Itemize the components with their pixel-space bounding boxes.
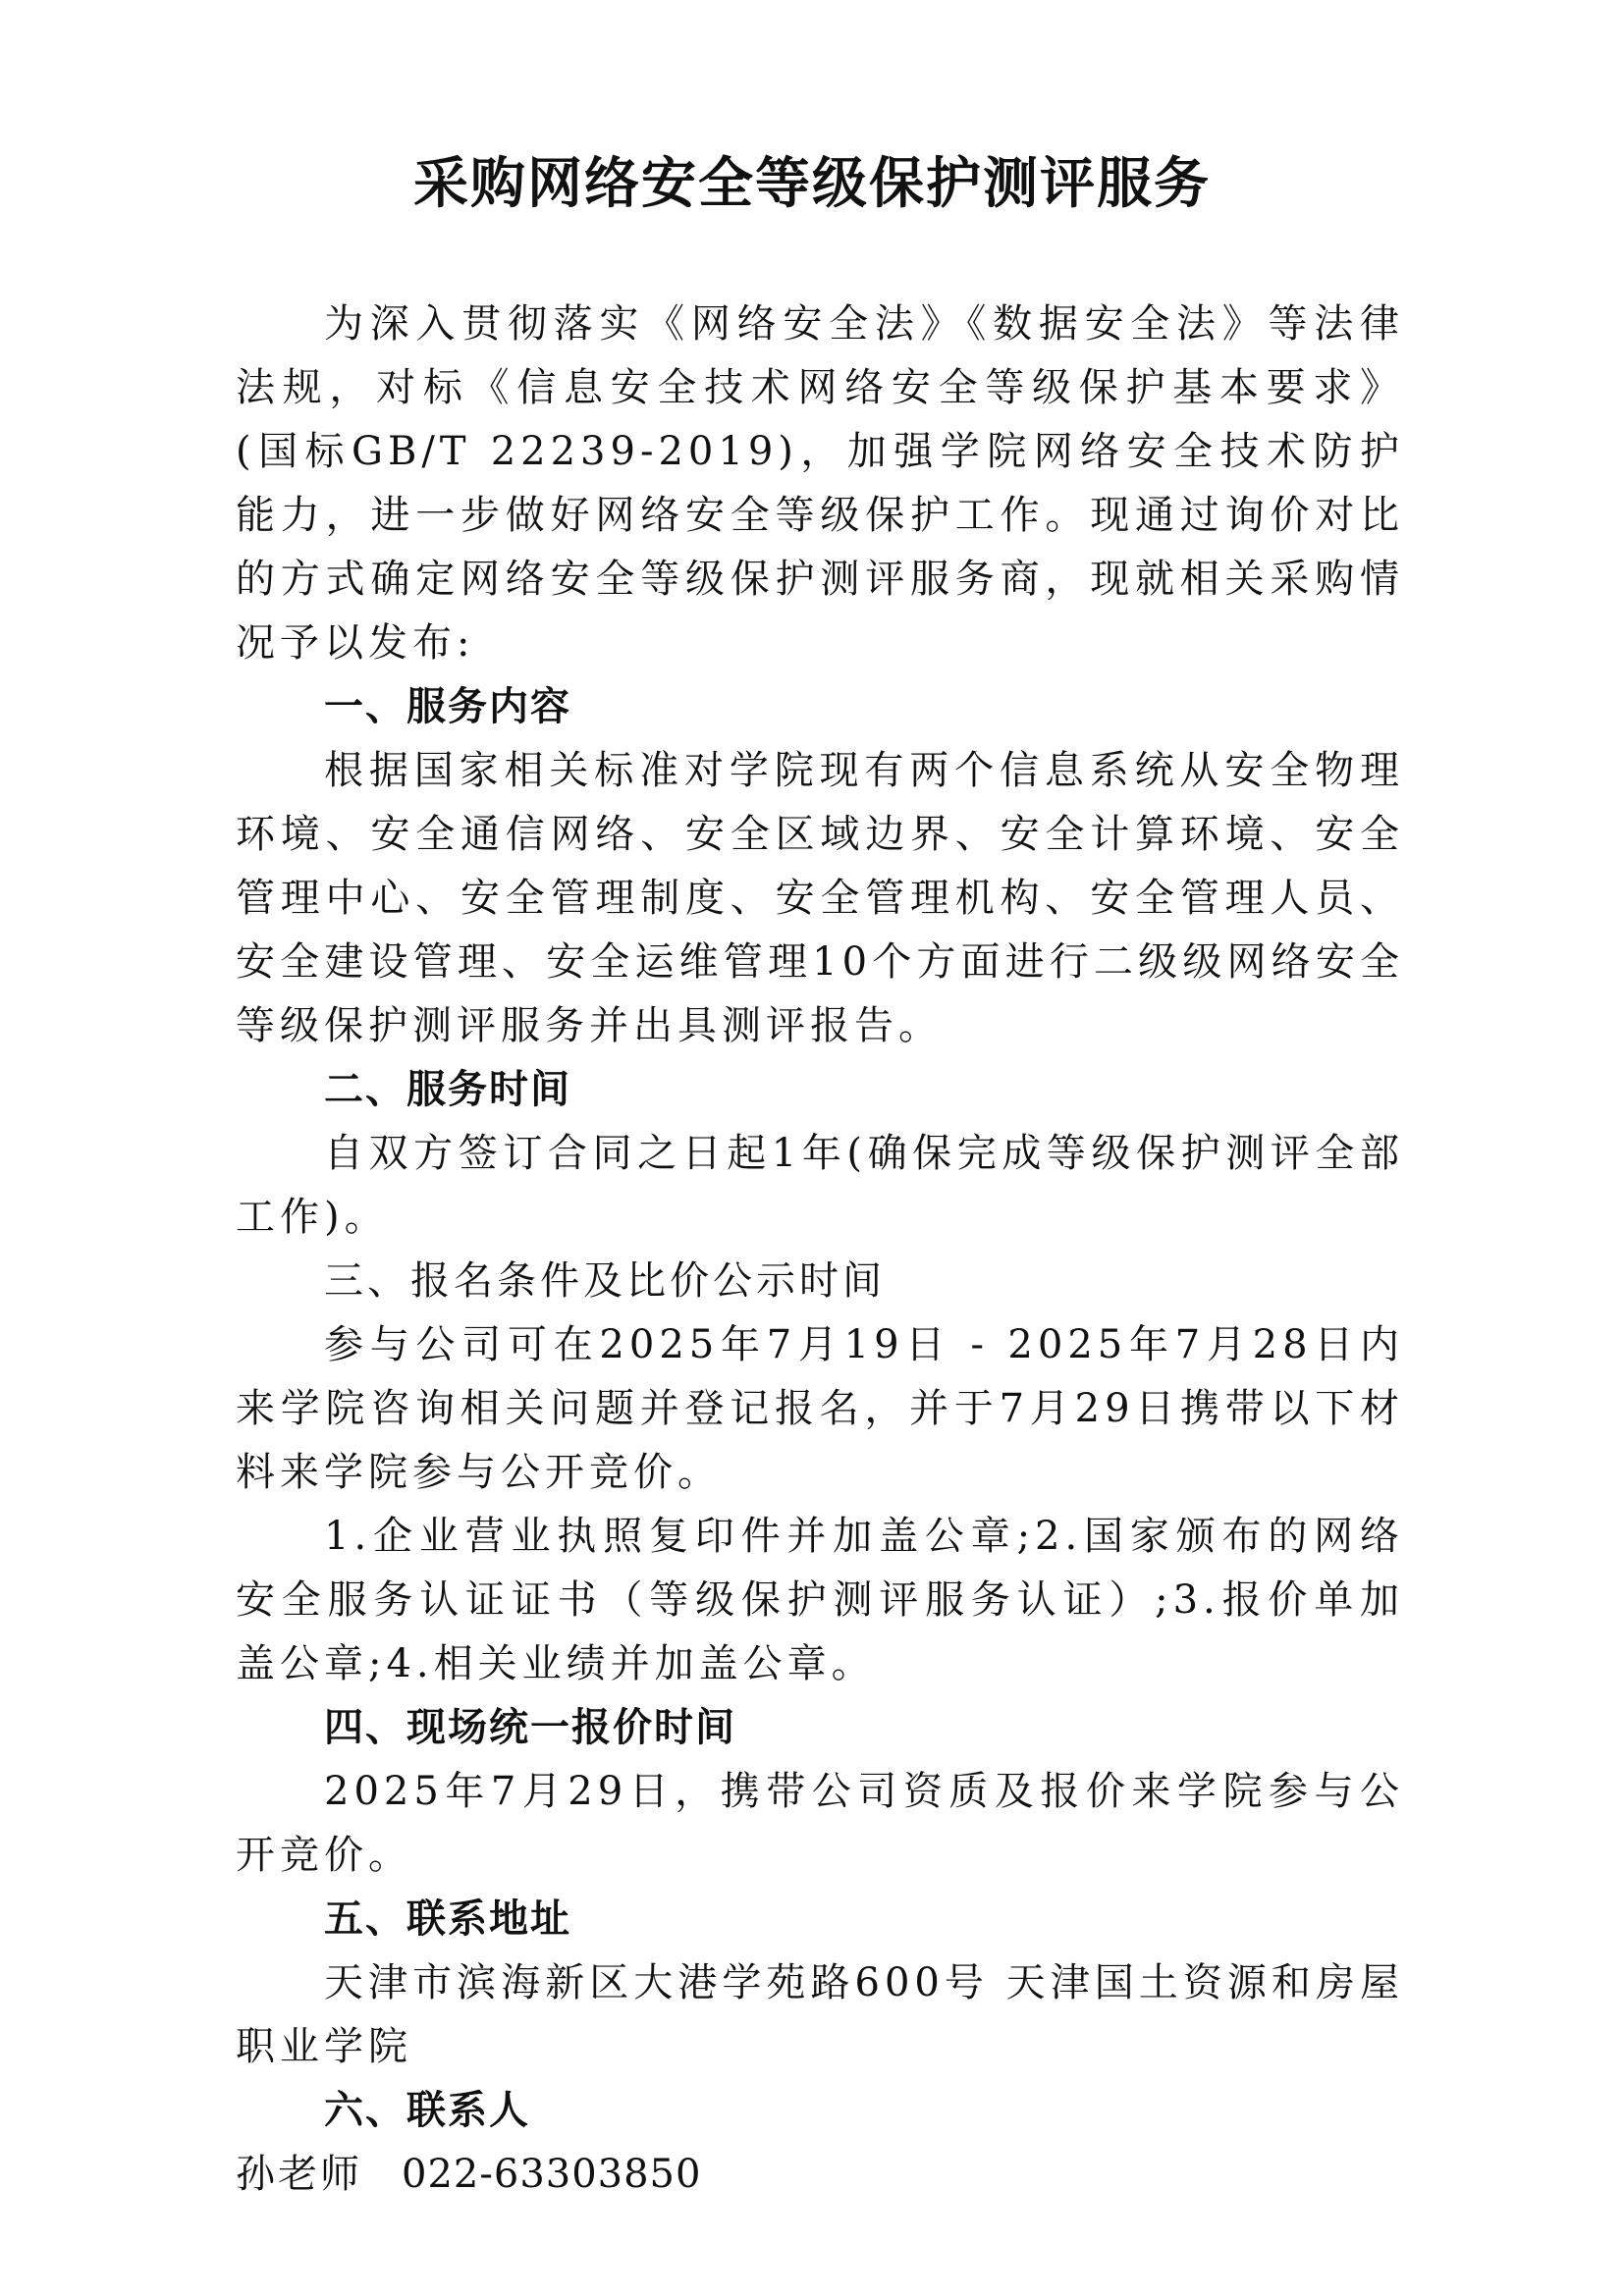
page-title: 采购网络安全等级保护测评服务	[0, 145, 1624, 224]
contact-line: 孙老师022-63303850	[236, 2143, 1404, 2207]
section-paragraph: 2025年7月29日，携带公司资质及报价来学院参与公开竞价。	[236, 1760, 1404, 1888]
address-paragraph: 天津市滨海新区大港学苑路600号 天津国土资源和房屋职业学院	[236, 1951, 1404, 2079]
section-paragraph: 参与公司可在2025年7月19日 - 2025年7月28日内来学院咨询相关问题并…	[236, 1313, 1404, 1505]
section-heading-service-content: 一、服务内容	[236, 675, 1404, 739]
contact-name: 孙老师	[236, 2152, 362, 2197]
contact-phone: 022-63303850	[402, 2152, 701, 2197]
section-heading-registration: 三、报名条件及比价公示时间	[236, 1250, 1404, 1313]
section-paragraph-materials: 1.企业营业执照复印件并加盖公章;2.国家颁布的网络安全服务认证证书（等级保护测…	[236, 1505, 1404, 1696]
document-page: 采购网络安全等级保护测评服务 为深入贯彻落实《网络安全法》《数据安全法》等法律法…	[0, 0, 1624, 2296]
section-heading-contact: 六、联系人	[236, 2079, 1404, 2143]
section-paragraph: 根据国家相关标准对学院现有两个信息系统从安全物理环境、安全通信网络、安全区域边界…	[236, 739, 1404, 1058]
intro-paragraph: 为深入贯彻落实《网络安全法》《数据安全法》等法律法规，对标《信息安全技术网络安全…	[236, 293, 1404, 675]
document-body: 为深入贯彻落实《网络安全法》《数据安全法》等法律法规，对标《信息安全技术网络安全…	[236, 293, 1404, 2207]
section-heading-quote-time: 四、现场统一报价时间	[236, 1696, 1404, 1760]
section-heading-address: 五、联系地址	[236, 1888, 1404, 1951]
section-heading-service-time: 二、服务时间	[236, 1058, 1404, 1122]
section-paragraph: 自双方签订合同之日起1年(确保完成等级保护测评全部工作)。	[236, 1122, 1404, 1250]
